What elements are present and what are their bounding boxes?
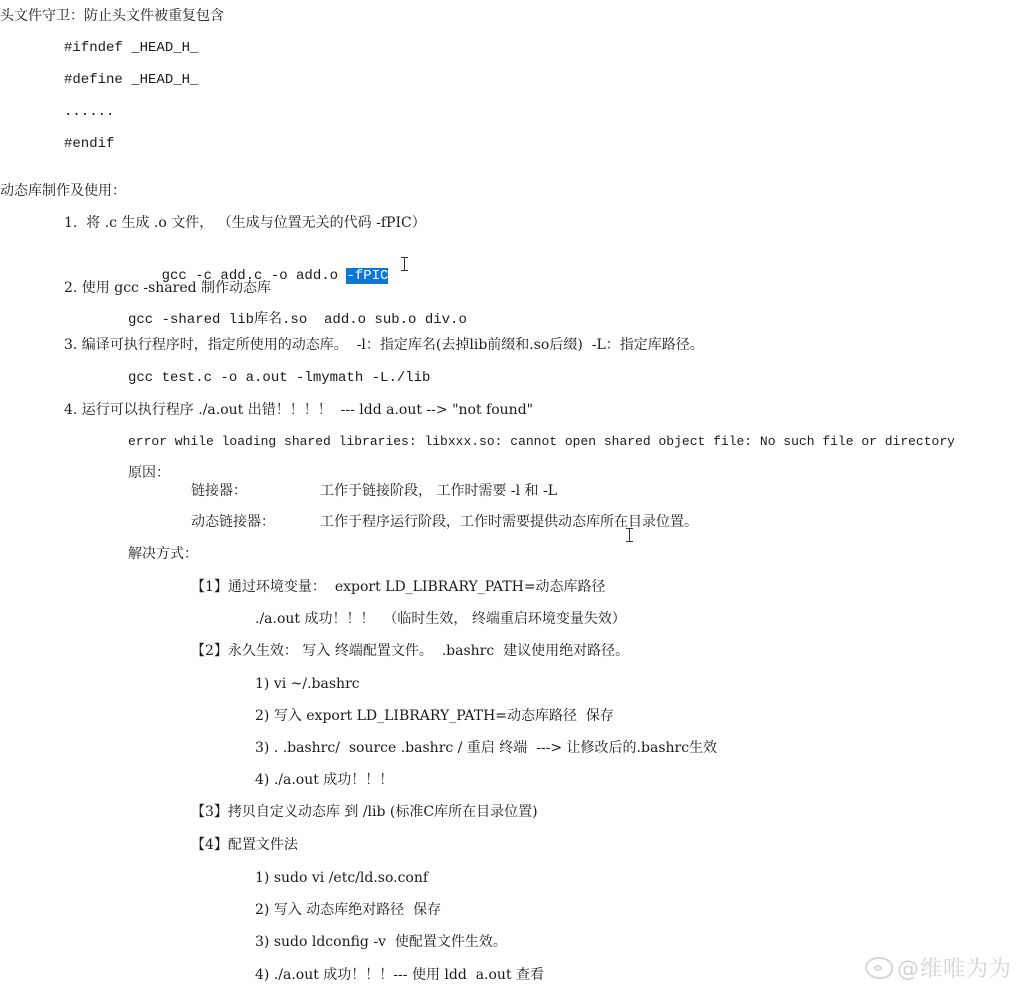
selected-text[interactable]: -fPIC <box>346 268 388 284</box>
step-3-title: 3. 编译可执行程序时，指定所使用的动态库。 -l：指定库名(去掉lib前缀和.… <box>64 335 704 355</box>
section-heading-header-guard: 头文件守卫：防止头文件被重复包含 <box>0 6 224 26</box>
step-3-command: gcc test.c -o a.out -lmymath -L./lib <box>128 368 430 388</box>
step-1-title: 1. 将 .c 生成 .o 文件， （生成与位置无关的代码 -fPIC） <box>64 213 426 233</box>
solution-4-sub: 1) sudo vi /etc/ld.so.conf <box>255 868 428 888</box>
reason-desc: 工作于链接阶段， 工作时需要 -l 和 -L <box>320 481 557 501</box>
error-message: error while loading shared libraries: li… <box>128 432 955 452</box>
solution-2-sub: 3) . .bashrc/ source .bashrc / 重启 终端 ---… <box>255 738 717 758</box>
step-2-title: 2. 使用 gcc -shared 制作动态库 <box>64 278 271 298</box>
solution-1-sub: ./a.out 成功！！！ （临时生效， 终端重启环境变量失效） <box>255 609 626 629</box>
reason-name: 链接器： <box>191 481 247 501</box>
step-4-title: 4. 运行可以执行程序 ./a.out 出错！！！！ --- ldd a.out… <box>64 400 533 420</box>
text-cursor-icon <box>404 257 405 271</box>
solution-4-sub: 4) ./a.out 成功！！！--- 使用 ldd a.out 查看 <box>255 965 544 985</box>
solution-label: 解决方式： <box>128 544 198 564</box>
solution-2: 【2】永久生效： 写入 终端配置文件。 .bashrc 建议使用绝对路径。 <box>191 641 629 661</box>
reason-desc: 工作于程序运行阶段，工作时需要提供动态库所在目录位置。 <box>320 512 698 532</box>
text-cursor-icon <box>629 528 630 542</box>
solution-4-sub: 2) 写入 动态库绝对路径 保存 <box>255 900 441 920</box>
code-line: #endif <box>64 134 114 154</box>
solution-4-sub: 3) sudo ldconfig -v 使配置文件生效。 <box>255 932 507 952</box>
step-2-command: gcc -shared lib库名.so add.o sub.o div.o <box>128 310 467 330</box>
code-line: ...... <box>64 102 114 122</box>
section-heading-dynamic-lib: 动态库制作及使用： <box>0 181 126 201</box>
reason-label: 原因： <box>128 463 170 483</box>
code-line: #define _HEAD_H_ <box>64 70 198 90</box>
solution-2-sub: 2) 写入 export LD_LIBRARY_PATH=动态库路径 保存 <box>255 706 614 726</box>
solution-4: 【4】配置文件法 <box>191 835 298 855</box>
code-line: #ifndef _HEAD_H_ <box>64 38 198 58</box>
weibo-logo-icon <box>865 957 893 979</box>
watermark-text: @维唯为为 <box>897 952 1012 983</box>
solution-2-sub: 1) vi ~/.bashrc <box>255 674 360 694</box>
watermark: @维唯为为 <box>865 952 1012 983</box>
reason-name: 动态链接器： <box>191 512 275 532</box>
solution-2-sub: 4) ./a.out 成功！！！ <box>255 770 393 790</box>
solution-3: 【3】拷贝自定义动态库 到 /lib (标准C库所在目录位置) <box>191 802 538 822</box>
solution-1: 【1】通过环境变量： export LD_LIBRARY_PATH=动态库路径 <box>191 577 606 597</box>
